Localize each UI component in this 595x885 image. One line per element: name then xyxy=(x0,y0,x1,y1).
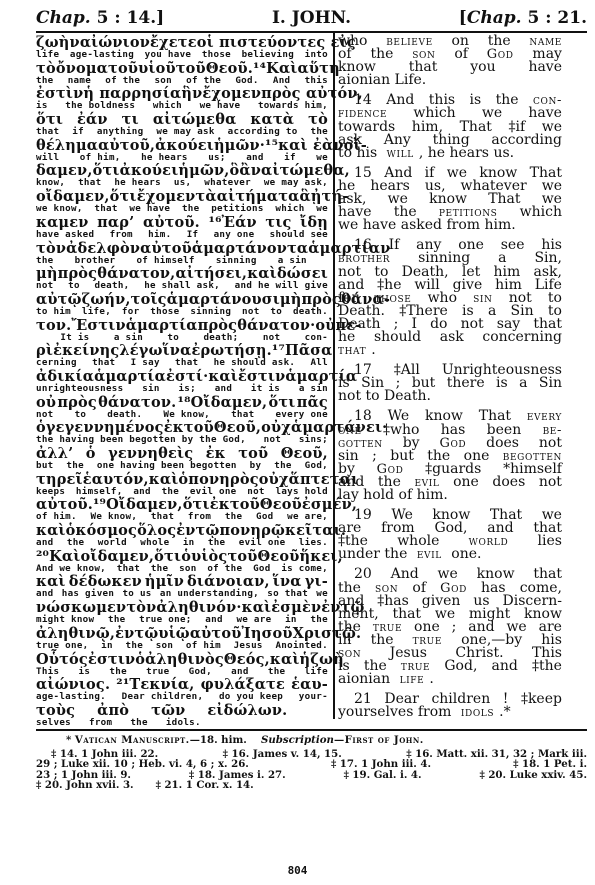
greek-text-line: δαμεν,ὅτιἀκούειἡμῶν,ὃἂναἰτώμεθα, xyxy=(36,163,328,178)
english-gloss-word: true one, xyxy=(36,641,88,651)
english-gloss-word: the xyxy=(126,641,144,651)
cross-references: ‡ 14. 1 John iii. 22.‡ 16. James v. 14, … xyxy=(36,749,587,791)
english-gloss-word: we xyxy=(316,153,328,163)
english-gloss-word: that xyxy=(151,512,174,522)
english-gloss-word: us; xyxy=(208,153,226,163)
english-gloss-word: evil one xyxy=(190,487,237,497)
english-gloss-word: from xyxy=(110,230,133,240)
english-gloss-word: by xyxy=(250,461,262,471)
english-gloss-word: son xyxy=(156,641,174,651)
greek-word: κατὰ xyxy=(250,112,294,127)
verse-word: concerning xyxy=(482,331,562,344)
greek-word: ἐν xyxy=(176,523,195,538)
english-gloss-word: to xyxy=(68,281,80,291)
english-gloss-word: the xyxy=(274,461,292,471)
page-number: 804 xyxy=(0,864,595,877)
verse-word: Sin xyxy=(539,377,562,390)
verse-line: that. xyxy=(338,344,562,357)
greek-word: ἐκ xyxy=(210,497,230,512)
english-gloss-word: cerning xyxy=(36,358,77,368)
greek-word: καμεν xyxy=(36,215,89,230)
subscription-label: Subscription xyxy=(261,734,334,746)
english-gloss-word: your- xyxy=(299,692,328,702)
greek-word: αὐτοῦ, xyxy=(98,138,155,153)
greek-word: Θεοῦ. xyxy=(206,61,253,76)
interlinear-greek-column: ζωὴναἰώνιονἔχετεοἱ πιστεύοντες εἰςlifeag… xyxy=(36,35,328,729)
greek-word: αὐτοῦ xyxy=(190,626,242,641)
english-gloss-word: God xyxy=(253,564,271,574)
verse-word: have xyxy=(528,61,562,74)
header-bracket: [ xyxy=(459,8,467,28)
greek-word: ἀληθινόν· xyxy=(156,600,241,615)
english-gloss-word: we have xyxy=(200,101,241,111)
greek-word: κόσμος xyxy=(76,523,138,538)
english-gloss-word: which xyxy=(275,204,304,214)
greek-word: υἱὸς xyxy=(191,549,227,564)
greek-word: ἡ xyxy=(300,652,311,667)
english-gloss-word: us, xyxy=(174,178,192,188)
verse-word: which xyxy=(520,206,562,219)
english-gloss-word: we are, xyxy=(287,512,328,522)
greek-word: ¹⁵καὶ ἐὰν xyxy=(265,138,344,153)
greek-word: ἡμῶν· xyxy=(214,138,265,153)
greek-word: Θεοῦ, xyxy=(281,446,328,461)
greek-word: ἀδελφὸν xyxy=(66,241,140,256)
greek-word: ἀληθινῷ, xyxy=(36,626,115,641)
greek-word: ἑαυ- xyxy=(291,677,328,692)
english-gloss-word: do you keep xyxy=(219,692,283,702)
greek-word: αἰτώμεθα, xyxy=(261,163,350,178)
verse-line: under the evil one. xyxy=(338,548,562,561)
english-gloss-word: the xyxy=(130,718,148,728)
verse-paragraph: 16IfanyoneseehisbrothersinningaSin,notto… xyxy=(338,239,562,357)
verse-paragraph: 20AndweknowthatthesonofGodhascome,and‡ha… xyxy=(338,568,562,686)
greek-word: ὁ xyxy=(135,652,145,667)
cross-reference: ‡ 19. Gal. i. 4. xyxy=(344,770,422,781)
english-gloss-word: not xyxy=(242,307,260,317)
interlinear-line: οἴδαμεν,ὅτιἔχομεντὰαἰτήματαἃᾐτή-we know,… xyxy=(36,189,328,215)
english-gloss-word: the xyxy=(108,615,126,625)
english-gloss-line: have askedfromhim.Ifany oneshould see xyxy=(36,230,328,240)
interlinear-line: καὶδέδωκενἡμῖνδιάνοιαν,ἵναγι-andhas give… xyxy=(36,574,328,600)
english-gloss-word: selves xyxy=(36,718,71,728)
english-gloss-line: thenameof thesonof theGod.Andthis xyxy=(36,76,328,86)
english-gloss-word: it is xyxy=(251,384,280,394)
english-gloss-word: a sin xyxy=(278,256,307,266)
greek-word: τι xyxy=(122,112,139,127)
verse-paragraph: 19WeknowThatwearefromGod,andthat‡thewhol… xyxy=(338,509,562,561)
greek-word: ἡμῖν xyxy=(145,574,184,589)
english-translation-column: whobelieveonthenameofthesonofGodmayknowt… xyxy=(338,35,562,727)
verse-word: not xyxy=(539,476,562,489)
verse-word: ; xyxy=(452,621,457,634)
english-gloss-word: It is xyxy=(60,333,89,343)
greek-word: ἃ xyxy=(300,189,311,204)
english-gloss-word: This xyxy=(36,667,59,677)
greek-word: ἴδῃ xyxy=(300,215,328,230)
greek-word: ἀκούει xyxy=(120,163,179,178)
english-gloss-word: not xyxy=(263,333,281,343)
english-gloss-word: death; xyxy=(203,333,238,343)
greek-text-line: τὸνἀδελφὸναὐτοῦἁμαρτάνονταἁμαρτίαν xyxy=(36,241,328,256)
greek-word: ὄνομα xyxy=(56,61,108,76)
english-gloss-word: world xyxy=(98,538,127,548)
english-gloss-line: cerningthatI saythathe should ask.All xyxy=(36,358,328,368)
verse-line: we have asked from him. xyxy=(338,219,562,232)
english-gloss-word: and xyxy=(246,153,264,163)
verse-text: to his xyxy=(338,147,382,160)
verse-text: .* xyxy=(499,706,510,719)
verse-word: one xyxy=(453,476,479,489)
english-gloss-word: Jesus xyxy=(234,641,263,651)
english-gloss-word: of him, xyxy=(80,153,121,163)
english-gloss-word: is come, xyxy=(281,564,328,574)
verse-text: . xyxy=(429,673,433,686)
greek-text-line: καὶὁκόσμοςὅλοςἐντῷπονηρῷκεῖται. xyxy=(36,523,328,538)
greek-word: πρὸς xyxy=(301,292,341,307)
verse-line: to his will, he hears us. xyxy=(338,147,562,160)
greek-word: τοὺς xyxy=(36,703,75,718)
english-gloss-word: the xyxy=(311,127,329,137)
greek-word: Θεοῦ xyxy=(258,549,300,564)
english-gloss-word: but xyxy=(36,461,54,471)
verse-line: ment,thatwemightknow xyxy=(338,608,562,621)
footnotes: * Vatican Manuscript.—18. him. Subscript… xyxy=(36,735,587,791)
greek-word: καὶ xyxy=(208,369,238,384)
greek-word: ἐκείνης xyxy=(53,343,119,358)
greek-text-line: ²⁰Καὶοἴδαμεν,ὅτιὁυἱὸςτοῦΘεοῦἥκει, xyxy=(36,549,328,564)
english-gloss-line: selvesfromtheidols. xyxy=(36,718,328,728)
greek-word: αἰώνιος. xyxy=(36,677,110,692)
greek-word: ἁμαρτάνουσι xyxy=(167,292,280,307)
english-gloss-line: true one,inthesonof himJesusAnointed. xyxy=(36,641,328,651)
greek-word: ἐστὶν xyxy=(36,86,83,101)
english-gloss-word: of him xyxy=(186,641,221,651)
greek-word: ἔχετε xyxy=(150,35,197,50)
greek-word: ὅτι xyxy=(268,395,295,410)
english-gloss-word: the xyxy=(66,461,84,471)
english-gloss-word: we know, xyxy=(36,204,83,214)
english-gloss-word: the xyxy=(67,538,85,548)
interlinear-line: ἐστὶνἡ παρρησίαἣνἔχομενπρὸς αὐτόν,isthe … xyxy=(36,86,328,112)
verse-word: does xyxy=(492,476,525,489)
greek-word: καὶ xyxy=(270,652,300,667)
english-gloss-word: those xyxy=(202,50,231,60)
greek-word: μὴ xyxy=(280,292,302,307)
english-gloss-line: unrighteousnesssinis;andit isa sin xyxy=(36,384,328,394)
english-gloss-word: and xyxy=(231,667,249,677)
english-gloss-word: not xyxy=(264,435,282,445)
english-gloss-word: should see xyxy=(270,230,328,240)
english-gloss-word: we are xyxy=(236,615,271,625)
english-gloss-word: one having been begotten xyxy=(97,461,237,471)
greek-word: πονηρῷ xyxy=(219,523,285,538)
greek-word: τὰ xyxy=(195,189,216,204)
english-gloss-word: we have xyxy=(129,204,170,214)
verse-word: God, xyxy=(444,660,477,673)
greek-word: υἱῷ xyxy=(158,626,189,641)
english-gloss-word: unrighteousness xyxy=(36,384,123,394)
greek-word: ἁμαρτία xyxy=(126,318,198,333)
english-gloss-word: and he will give xyxy=(235,281,328,291)
english-gloss-word: that xyxy=(175,358,198,368)
greek-word: Θεός, xyxy=(224,652,270,667)
interlinear-line: μὴπρὸςθάνατον,αἰτήσει,καὶδώσειnottodeath… xyxy=(36,266,328,292)
interlinear-line: τὸὄνοματοῦυἱοῦτοῦΘεοῦ.¹⁴Καὶαὕτηthenameof… xyxy=(36,61,328,87)
english-gloss-word: son xyxy=(154,76,172,86)
english-gloss-word: he hears xyxy=(141,153,188,163)
greek-word: ἀκούει xyxy=(155,138,214,153)
greek-word: θέλημα xyxy=(36,138,98,153)
english-gloss-word: the xyxy=(151,564,169,574)
english-gloss-word: God xyxy=(256,512,274,522)
english-gloss-word: the xyxy=(225,512,243,522)
greek-word: ἐκ xyxy=(206,446,226,461)
greek-word: ὃ xyxy=(230,163,240,178)
greek-word: ἂν xyxy=(239,163,261,178)
english-gloss-word: is xyxy=(79,667,91,677)
greek-word: ἣν xyxy=(181,86,202,101)
english-gloss-word: every one xyxy=(275,410,327,420)
greek-word: ἵνα xyxy=(273,574,302,589)
greek-word: ¹⁹Οἴδαμεν, xyxy=(93,497,183,512)
english-gloss-word: for xyxy=(122,307,140,317)
verse-word: there xyxy=(447,377,485,390)
emphasized-word: life xyxy=(400,673,425,686)
verse-text: , he hears us. xyxy=(419,147,514,160)
english-gloss-line: might knowthetrue one;andwe areinthe xyxy=(36,615,328,625)
greek-word: ὅτι xyxy=(36,112,63,127)
verse-text: aionian xyxy=(338,673,395,686)
english-gloss-word: from xyxy=(188,512,211,522)
verse-line: byGod‡guards*himself xyxy=(338,463,562,476)
verse-word: is xyxy=(496,377,508,390)
greek-word: οὐ xyxy=(315,318,335,333)
english-gloss-word: of the xyxy=(105,76,140,86)
english-gloss-word: this xyxy=(305,76,328,86)
greek-word: αἰτήσει, xyxy=(176,266,248,281)
interlinear-line: τοὺςἀπὸτῶνεἰδώλων.selvesfromtheidols. xyxy=(36,703,328,729)
english-gloss-word: idols. xyxy=(166,718,201,728)
interlinear-line: ζωὴναἰώνιονἔχετεοἱ πιστεύοντες εἰςlifeag… xyxy=(36,35,328,61)
english-gloss-line: thebrotherof himselfsinninga sin xyxy=(36,256,328,266)
interlinear-line: οὐπρὸςθάνατον.¹⁸Οἴδαμεν,ὅτιπᾶςnottodeath… xyxy=(36,395,328,421)
greek-word: τοῦ xyxy=(108,61,138,76)
greek-word: ὁ xyxy=(36,420,46,435)
greek-word: ἐκ xyxy=(164,420,184,435)
greek-text-line: μὴπρὸςθάνατον,αἰτήσει,καὶδώσει xyxy=(36,266,328,281)
greek-text-line: ὅτιἐάντιαἰτώμεθακατὰτὸ xyxy=(36,112,328,127)
interlinear-line: αὐτῷζωήν,τοῖςἁμαρτάνουσιμὴπρὸςθάνα-to hi… xyxy=(36,292,328,318)
english-gloss-word: God. xyxy=(235,76,258,86)
english-gloss-word: and xyxy=(133,487,151,497)
english-gloss-word: whole xyxy=(140,538,169,548)
greek-word: αὐτοῦ. xyxy=(36,497,93,512)
greek-text-line: οἴδαμεν,ὅτιἔχομεντὰαἰτήματαἃᾐτή- xyxy=(36,189,328,204)
greek-word: τοῦ xyxy=(227,549,257,564)
greek-word: τὸ xyxy=(308,112,328,127)
english-gloss-line: keepshimself,andtheevil onenotlays hold xyxy=(36,487,328,497)
greek-word: αὐτοῦ. xyxy=(143,215,200,230)
greek-word: καὶ xyxy=(247,266,277,281)
greek-text-line: αἰώνιος.²¹Τεκνία,φυλάξατεἑαυ- xyxy=(36,677,328,692)
greek-word: ἔχομεν xyxy=(202,86,261,101)
interlinear-line: ΟὗτόςἐστινὁἀληθινὸςΘεός,καὶἡζωὴThisisthe… xyxy=(36,652,328,678)
english-gloss-word: him. xyxy=(148,230,171,240)
greek-word: δαμεν, xyxy=(36,163,93,178)
greek-text-line: τηρεῖἑαυτόν,καὶὁπονηρὸςοὐχἅπτεται xyxy=(36,472,328,487)
verse-line: aionian Life. xyxy=(338,74,562,87)
greek-text-line: ἀλλ’ὁγεννηθεὶςἐκτοῦΘεοῦ, xyxy=(36,446,328,461)
greek-word: νώσκωμεν xyxy=(36,600,126,615)
greek-word: ²¹Τεκνία, xyxy=(116,677,194,692)
subscription-text: —First of John. xyxy=(334,734,424,746)
emphasized-word: evil xyxy=(417,548,442,561)
greek-word: εἰδώλων. xyxy=(207,703,287,718)
cross-reference: ‡ 17. 1 John iii. 4. xyxy=(331,759,431,770)
greek-word: τοῦ xyxy=(176,61,206,76)
greek-word: ὅτι xyxy=(154,549,181,564)
verse-word: a xyxy=(488,305,496,318)
verse-word: you xyxy=(470,61,495,74)
greek-word: τοῦ xyxy=(238,446,268,461)
greek-text-line: ΟὗτόςἐστινὁἀληθινὸςΘεός,καὶἡζωὴ xyxy=(36,652,328,667)
interlinear-line: καὶὁκόσμοςὅλοςἐντῷπονηρῷκεῖται.andthewor… xyxy=(36,523,328,549)
cross-reference-line: 29 ; Luke xii. 10 ; Heb. vi. 4, 6 ; x. 2… xyxy=(36,759,587,770)
english-gloss-line: nottodeath,he shall ask,and he will give xyxy=(36,281,328,291)
english-gloss-line: ThisisthetrueGod,andthelife xyxy=(36,667,328,677)
english-gloss-word: death. xyxy=(107,410,142,420)
verse-line: nottoDeath,lethimask, xyxy=(338,266,562,279)
english-gloss-word: If xyxy=(187,230,199,240)
english-gloss-word: he shall ask, xyxy=(144,281,220,291)
greek-word: υἱοῦ xyxy=(138,61,176,76)
greek-word: τῷ xyxy=(196,523,220,538)
greek-word: ὁ xyxy=(181,549,191,564)
english-gloss-word: of him. xyxy=(36,512,77,522)
english-gloss-word: believing xyxy=(242,50,294,60)
verse-paragraph: 15AndifweknowThathehearsus,whateverweask… xyxy=(338,167,562,232)
greek-word: ¹⁷Πᾶσα xyxy=(272,343,333,358)
english-gloss-word: we xyxy=(316,204,328,214)
greek-word: αἰώνιον xyxy=(80,35,150,50)
greek-word: φυλάξατε xyxy=(201,677,285,692)
english-gloss-word: All xyxy=(310,358,328,368)
greek-word: ¹⁴Καὶ xyxy=(253,61,297,76)
greek-text-line: τοὺςἀπὸτῶνεἰδώλων. xyxy=(36,703,328,718)
footnote-rule xyxy=(36,729,587,731)
verse-paragraph: whobelieveonthenameofthesonofGodmayknowt… xyxy=(338,35,562,87)
english-gloss-line: buttheone having been begottenbytheGod, xyxy=(36,461,328,471)
greek-word: αὐτῷ xyxy=(36,292,82,307)
english-gloss-word: not xyxy=(36,410,54,420)
greek-word: ὅτι xyxy=(93,163,120,178)
english-gloss-word: of the xyxy=(207,564,242,574)
english-gloss-line: the having been begotten by the God,nots… xyxy=(36,435,328,445)
greek-word: ¹⁶Ἐάν xyxy=(209,215,257,230)
interlinear-line: τηρεῖἑαυτόν,καὶὁπονηρὸςοὐχἅπτεταιkeepshi… xyxy=(36,472,328,498)
english-gloss-word: that xyxy=(231,410,254,420)
english-gloss-word: God, xyxy=(189,667,212,677)
english-gloss-word: to xyxy=(167,333,179,343)
english-gloss-word: he should ask. xyxy=(214,358,296,368)
greek-word: δώσει xyxy=(277,266,328,281)
greek-word: κεῖται. xyxy=(285,523,346,538)
english-gloss-line: we know,thatwe havethepetitionswhichwe xyxy=(36,204,328,214)
greek-text-line: καὶδέδωκενἡμῖνδιάνοιαν,ἵναγι- xyxy=(36,574,328,589)
verse-text: aionian Life. xyxy=(338,74,426,87)
english-gloss-word: name xyxy=(68,76,91,86)
verse-paragraph: 18WeknowThateveryone‡whohasbeenbe-gotten… xyxy=(338,410,562,502)
greek-word: θάνατον· xyxy=(237,318,315,333)
english-gloss-word: will xyxy=(36,153,59,163)
verse-line: lay hold of him. xyxy=(338,489,562,502)
greek-word: τὸν xyxy=(126,600,156,615)
english-gloss-word: con- xyxy=(305,333,328,343)
verse-word: is xyxy=(470,94,482,107)
greek-word: οὐ xyxy=(36,395,56,410)
greek-word: λέγω xyxy=(119,343,162,358)
greek-word: ἁμαρτία xyxy=(94,369,166,384)
greek-word: αἰτώμεθα xyxy=(153,112,237,127)
greek-word: τοῦ xyxy=(230,497,260,512)
english-gloss-word: and xyxy=(205,615,223,625)
verse-word: 15 xyxy=(354,167,372,180)
greek-word: ἐστιν xyxy=(88,652,135,667)
greek-word: θάνατον, xyxy=(97,266,175,281)
greek-word: καὶ xyxy=(149,472,179,487)
english-gloss-word: in xyxy=(101,641,113,651)
cross-reference: ‡ 20. John xvii. 3. xyxy=(36,780,134,791)
greek-word: ζωήν, xyxy=(82,292,131,307)
english-gloss-word: the xyxy=(109,667,127,677)
english-gloss-line: isthe boldnesswhichwe havetowards him, xyxy=(36,101,328,111)
interlinear-line: τὸνἀδελφὸναὐτοῦἁμαρτάνονταἁμαρτίανthebro… xyxy=(36,241,328,267)
english-gloss-word: so that xyxy=(267,589,308,599)
english-gloss-word: any one xyxy=(214,230,255,240)
greek-word: ρὶ xyxy=(36,343,53,358)
english-gloss-word: anything xyxy=(97,127,144,137)
verse-word: Any xyxy=(384,134,411,147)
english-gloss-word: in xyxy=(183,538,195,548)
english-gloss-word: that xyxy=(36,127,59,137)
verse-word: And xyxy=(386,94,414,107)
verse-paragraph: 21Dearchildren!‡keepyourselves from idol… xyxy=(338,693,562,719)
greek-word: ἀπὸ xyxy=(97,703,129,718)
english-gloss-line: It isa sintodeath;notcon- xyxy=(36,333,328,343)
english-gloss-word: the xyxy=(36,256,54,266)
verse-text: lay hold of him. xyxy=(338,489,448,502)
greek-word: ὅτι xyxy=(183,497,210,512)
greek-text-line: ὁγεγεννημένοςἐκτοῦΘεοῦ,οὐχἁμαρτάνει· xyxy=(36,420,328,435)
english-gloss-line: thatifanythingwe may askaccording tothe xyxy=(36,127,328,137)
english-gloss-word: to him xyxy=(36,307,71,317)
english-gloss-word: and xyxy=(36,538,54,548)
greek-word: οἴδαμεν, xyxy=(36,189,110,204)
english-gloss-word: that xyxy=(78,178,101,188)
english-gloss-line: andtheworldwholeintheevil onelies. xyxy=(36,538,328,548)
english-gloss-word: not xyxy=(247,487,265,497)
verse-word: not xyxy=(461,318,484,331)
english-gloss-word: And we know, xyxy=(36,564,106,574)
emphasized-word: idols xyxy=(461,706,494,719)
verse-word: If xyxy=(389,239,400,252)
english-gloss-word: into xyxy=(305,50,328,60)
interlinear-line: ρὶἐκείνηςλέγωἵναἐρωτήσῃ.¹⁷Πᾶσαcerningtha… xyxy=(36,343,328,369)
interlinear-line: ἀλλ’ὁγεννηθεὶςἐκτοῦΘεοῦ,buttheone having… xyxy=(36,446,328,472)
english-gloss-word: sinning xyxy=(216,256,257,266)
english-gloss-word: we may ask, xyxy=(264,178,328,188)
